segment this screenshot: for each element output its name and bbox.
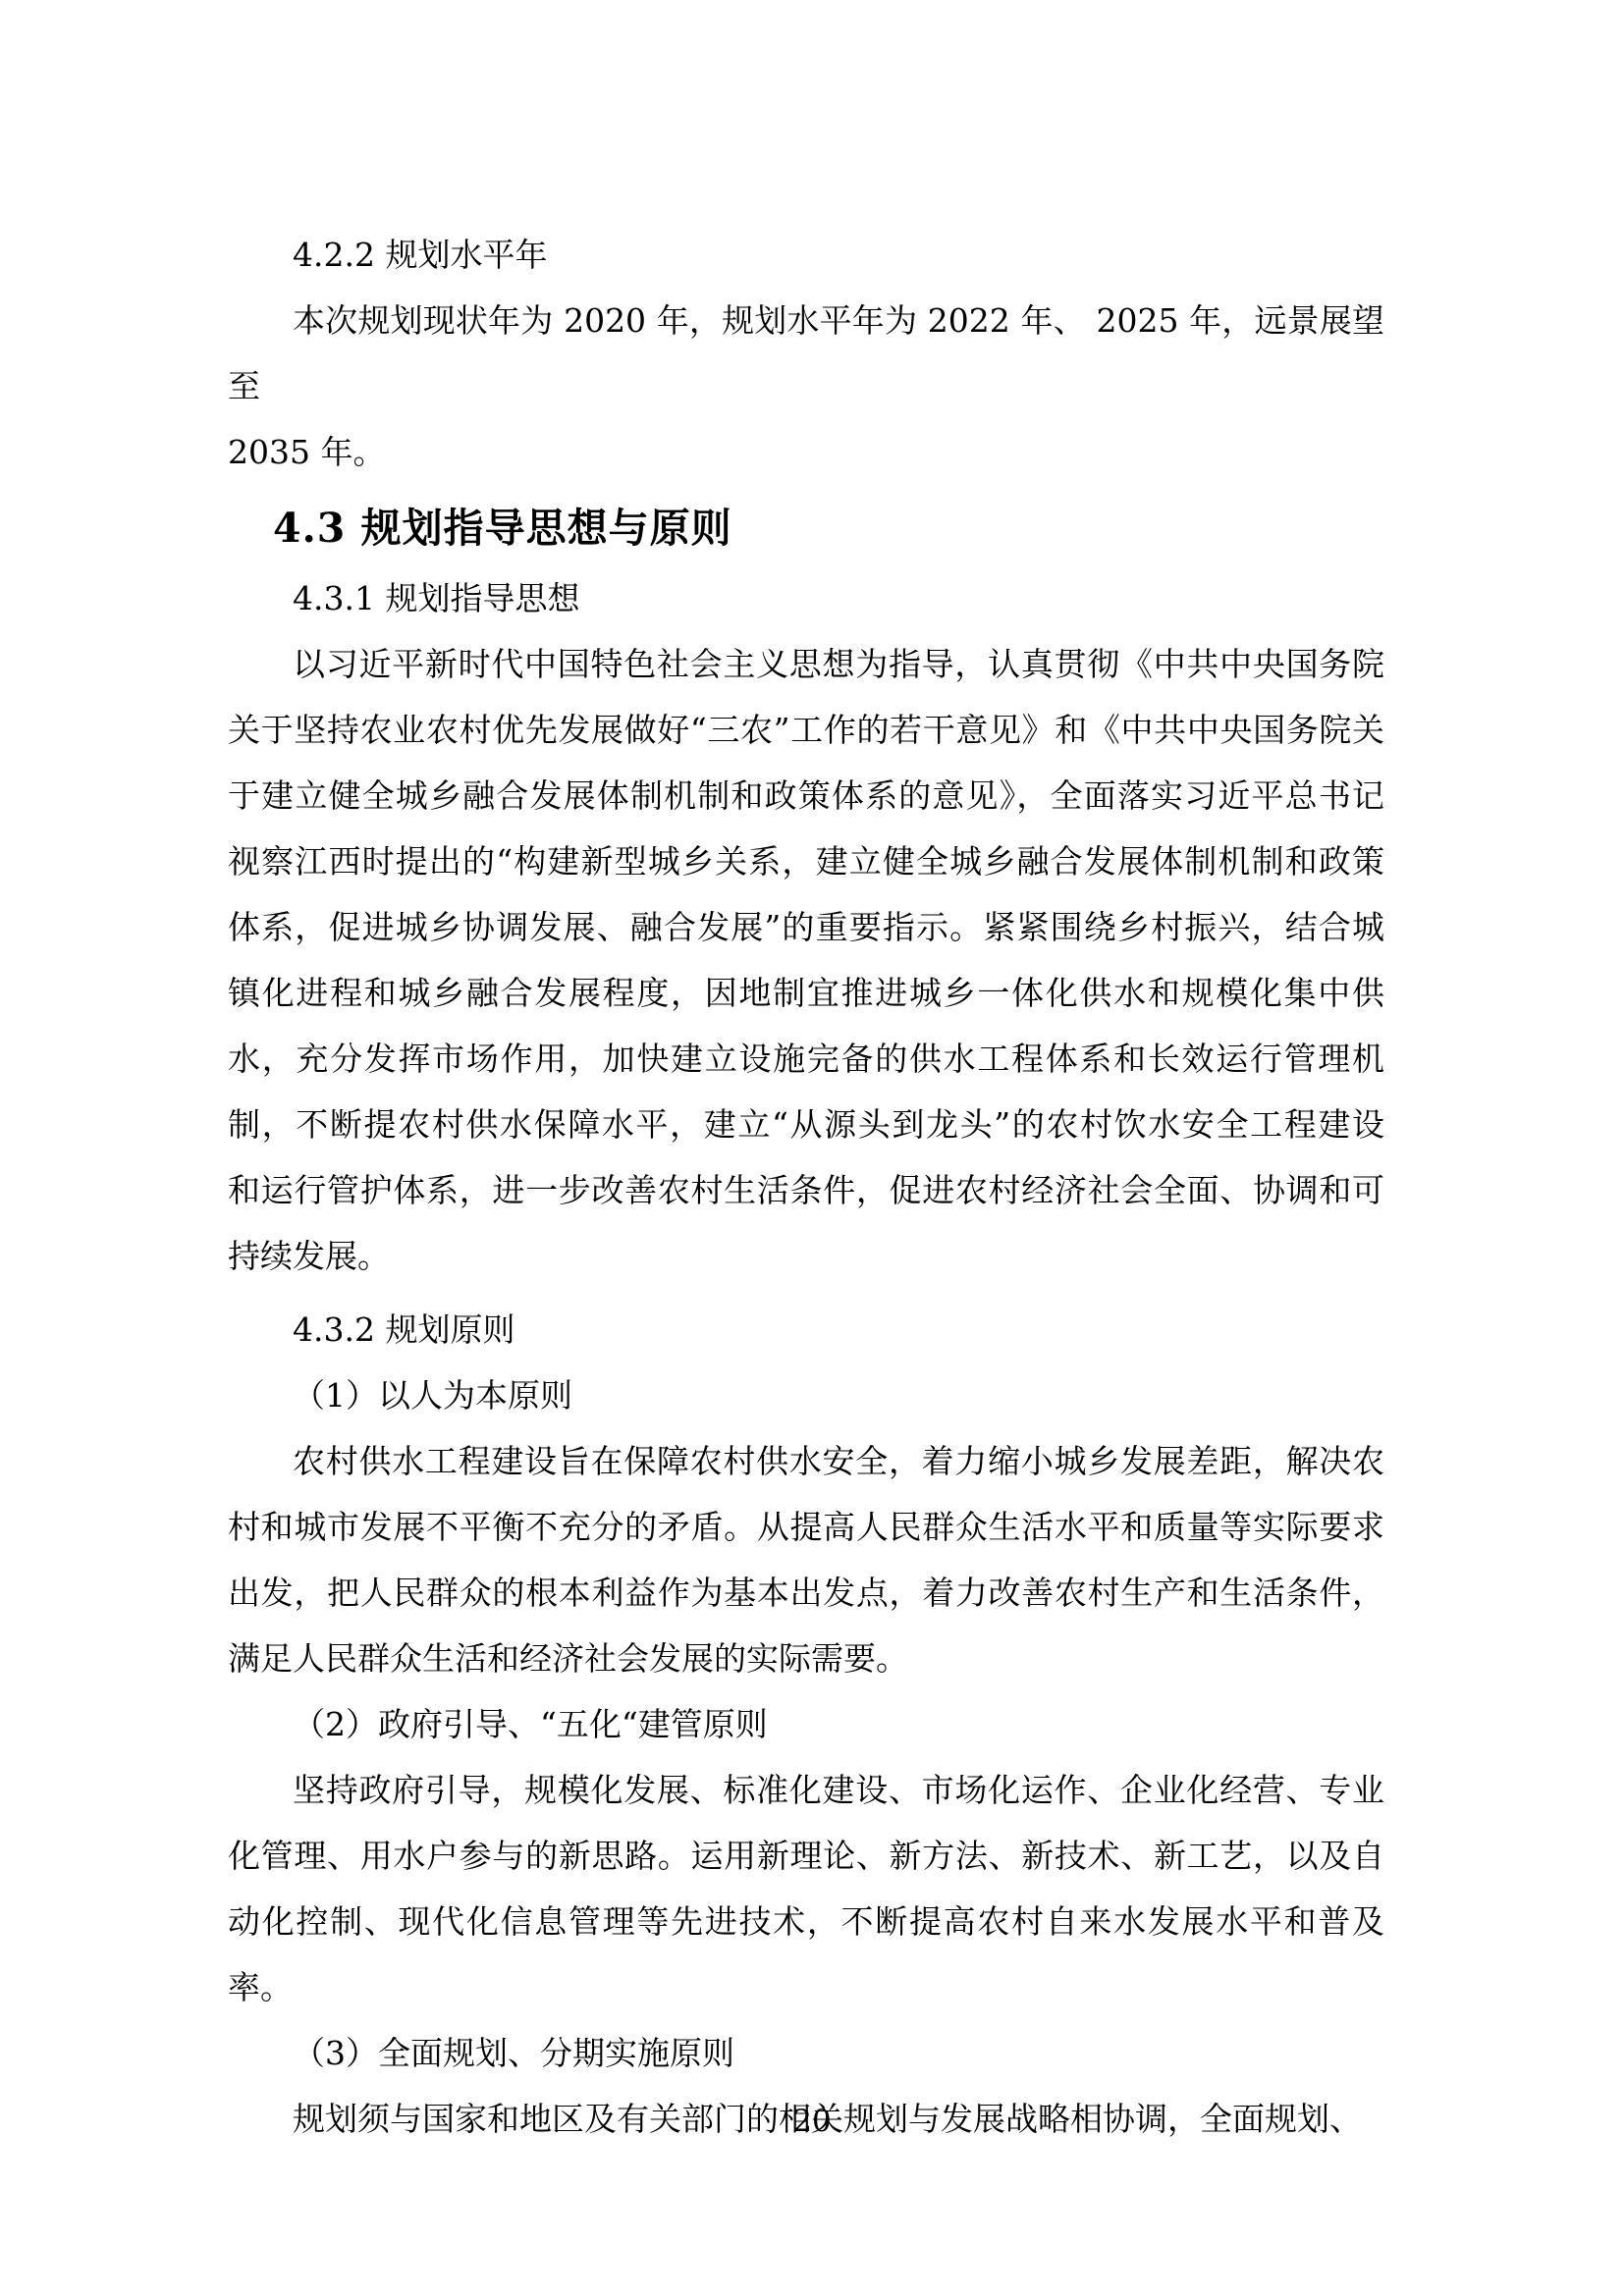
paragraph-guiding-ideology-line-10: 持续发展。 [228,1223,1384,1289]
paragraph-principle-2-line-4: 率。 [228,1954,1384,2020]
paragraph-principle-2-line-2: 化管理、用水户参与的新思路。运用新理论、新方法、新技术、新工艺，以及自 [228,1823,1384,1889]
principle-heading-2: （2）政府引导、“五化“建管原则 [228,1691,1384,1757]
paragraph-principle-1: 农村供水工程建设旨在保障农村供水安全，着力缩小城乡发展差距，解决农村和城市发展不… [228,1428,1384,1691]
paragraph-principle-1-line-3: 出发，把人民群众的根本利益作为基本出发点，着力改善农村生产和生活条件， [228,1560,1384,1626]
paragraph-principle-2: 坚持政府引导，规模化发展、标准化建设、市场化运作、企业化经营、专业化管理、用水户… [228,1757,1384,2020]
paragraph-guiding-ideology-line-4: 视察江西时提出的“构建新型城乡关系，建立健全城乡融合发展体制机制和政策 [228,828,1384,894]
document-page: 4.2.2 规划水平年本次规划现状年为 2020 年，规划水平年为 2022 年… [0,0,1624,2296]
paragraph-guiding-ideology-line-7: 水，充分发挥市场作用，加快建立设施完备的供水工程体系和长效运行管理机 [228,1026,1384,1092]
section-heading-4-3: 4.3 规划指导思想与原则 [228,491,1384,565]
section-heading-4-2-2: 4.2.2 规划水平年 [228,222,1384,288]
paragraph-principle-2-line-1: 坚持政府引导，规模化发展、标准化建设、市场化运作、企业化经营、专业 [228,1757,1384,1823]
paragraph-guiding-ideology-line-6: 镇化进程和城乡融合发展程度，因地制宜推进城乡一体化供水和规模化集中供 [228,960,1384,1026]
paragraph-planning-years-line-2: 2035 年。 [228,419,1384,485]
paragraph-guiding-ideology-line-8: 制，不断提农村供水保障水平，建立“从源头到龙头”的农村饮水安全工程建设 [228,1092,1384,1157]
paragraph-guiding-ideology-line-9: 和运行管护体系，进一步改善农村生活条件，促进农村经济社会全面、协调和可 [228,1157,1384,1223]
page-number: 20 [0,2104,1624,2139]
paragraph-principle-1-line-2: 村和城市发展不平衡不充分的矛盾。从提高人民群众生活水平和质量等实际要求 [228,1494,1384,1560]
paragraph-planning-years-line-1: 本次规划现状年为 2020 年，规划水平年为 2022 年、 2025 年，远景… [228,288,1384,419]
paragraph-guiding-ideology-line-2: 关于坚持农业农村优先发展做好“三农”工作的若干意见》和《中共中央国务院关 [228,697,1384,763]
principle-heading-1: （1）以人为本原则 [228,1362,1384,1428]
section-heading-4-3-2: 4.3.2 规划原则 [228,1297,1384,1362]
paragraph-planning-years: 本次规划现状年为 2020 年，规划水平年为 2022 年、 2025 年，远景… [228,288,1384,485]
paragraph-principle-1-line-1: 农村供水工程建设旨在保障农村供水安全，着力缩小城乡发展差距，解决农 [228,1428,1384,1494]
section-heading-4-3-1: 4.3.1 规划指导思想 [228,565,1384,631]
principle-heading-3: （3）全面规划、分期实施原则 [228,2020,1384,2086]
paragraph-guiding-ideology-line-3: 于建立健全城乡融合发展体制机制和政策体系的意见》，全面落实习近平总书记 [228,763,1384,828]
document-content: 4.2.2 规划水平年本次规划现状年为 2020 年，规划水平年为 2022 年… [228,222,1384,2152]
paragraph-guiding-ideology: 以习近平新时代中国特色社会主义思想为指导，认真贯彻《中共中央国务院关于坚持农业农… [228,631,1384,1289]
paragraph-guiding-ideology-line-5: 体系，促进城乡协调发展、融合发展”的重要指示。紧紧围绕乡村振兴，结合城 [228,894,1384,960]
paragraph-principle-1-line-4: 满足人民群众生活和经济社会发展的实际需要。 [228,1626,1384,1691]
paragraph-guiding-ideology-line-1: 以习近平新时代中国特色社会主义思想为指导，认真贯彻《中共中央国务院 [228,631,1384,697]
paragraph-principle-2-line-3: 动化控制、现代化信息管理等先进技术，不断提高农村自来水发展水平和普及 [228,1889,1384,1954]
